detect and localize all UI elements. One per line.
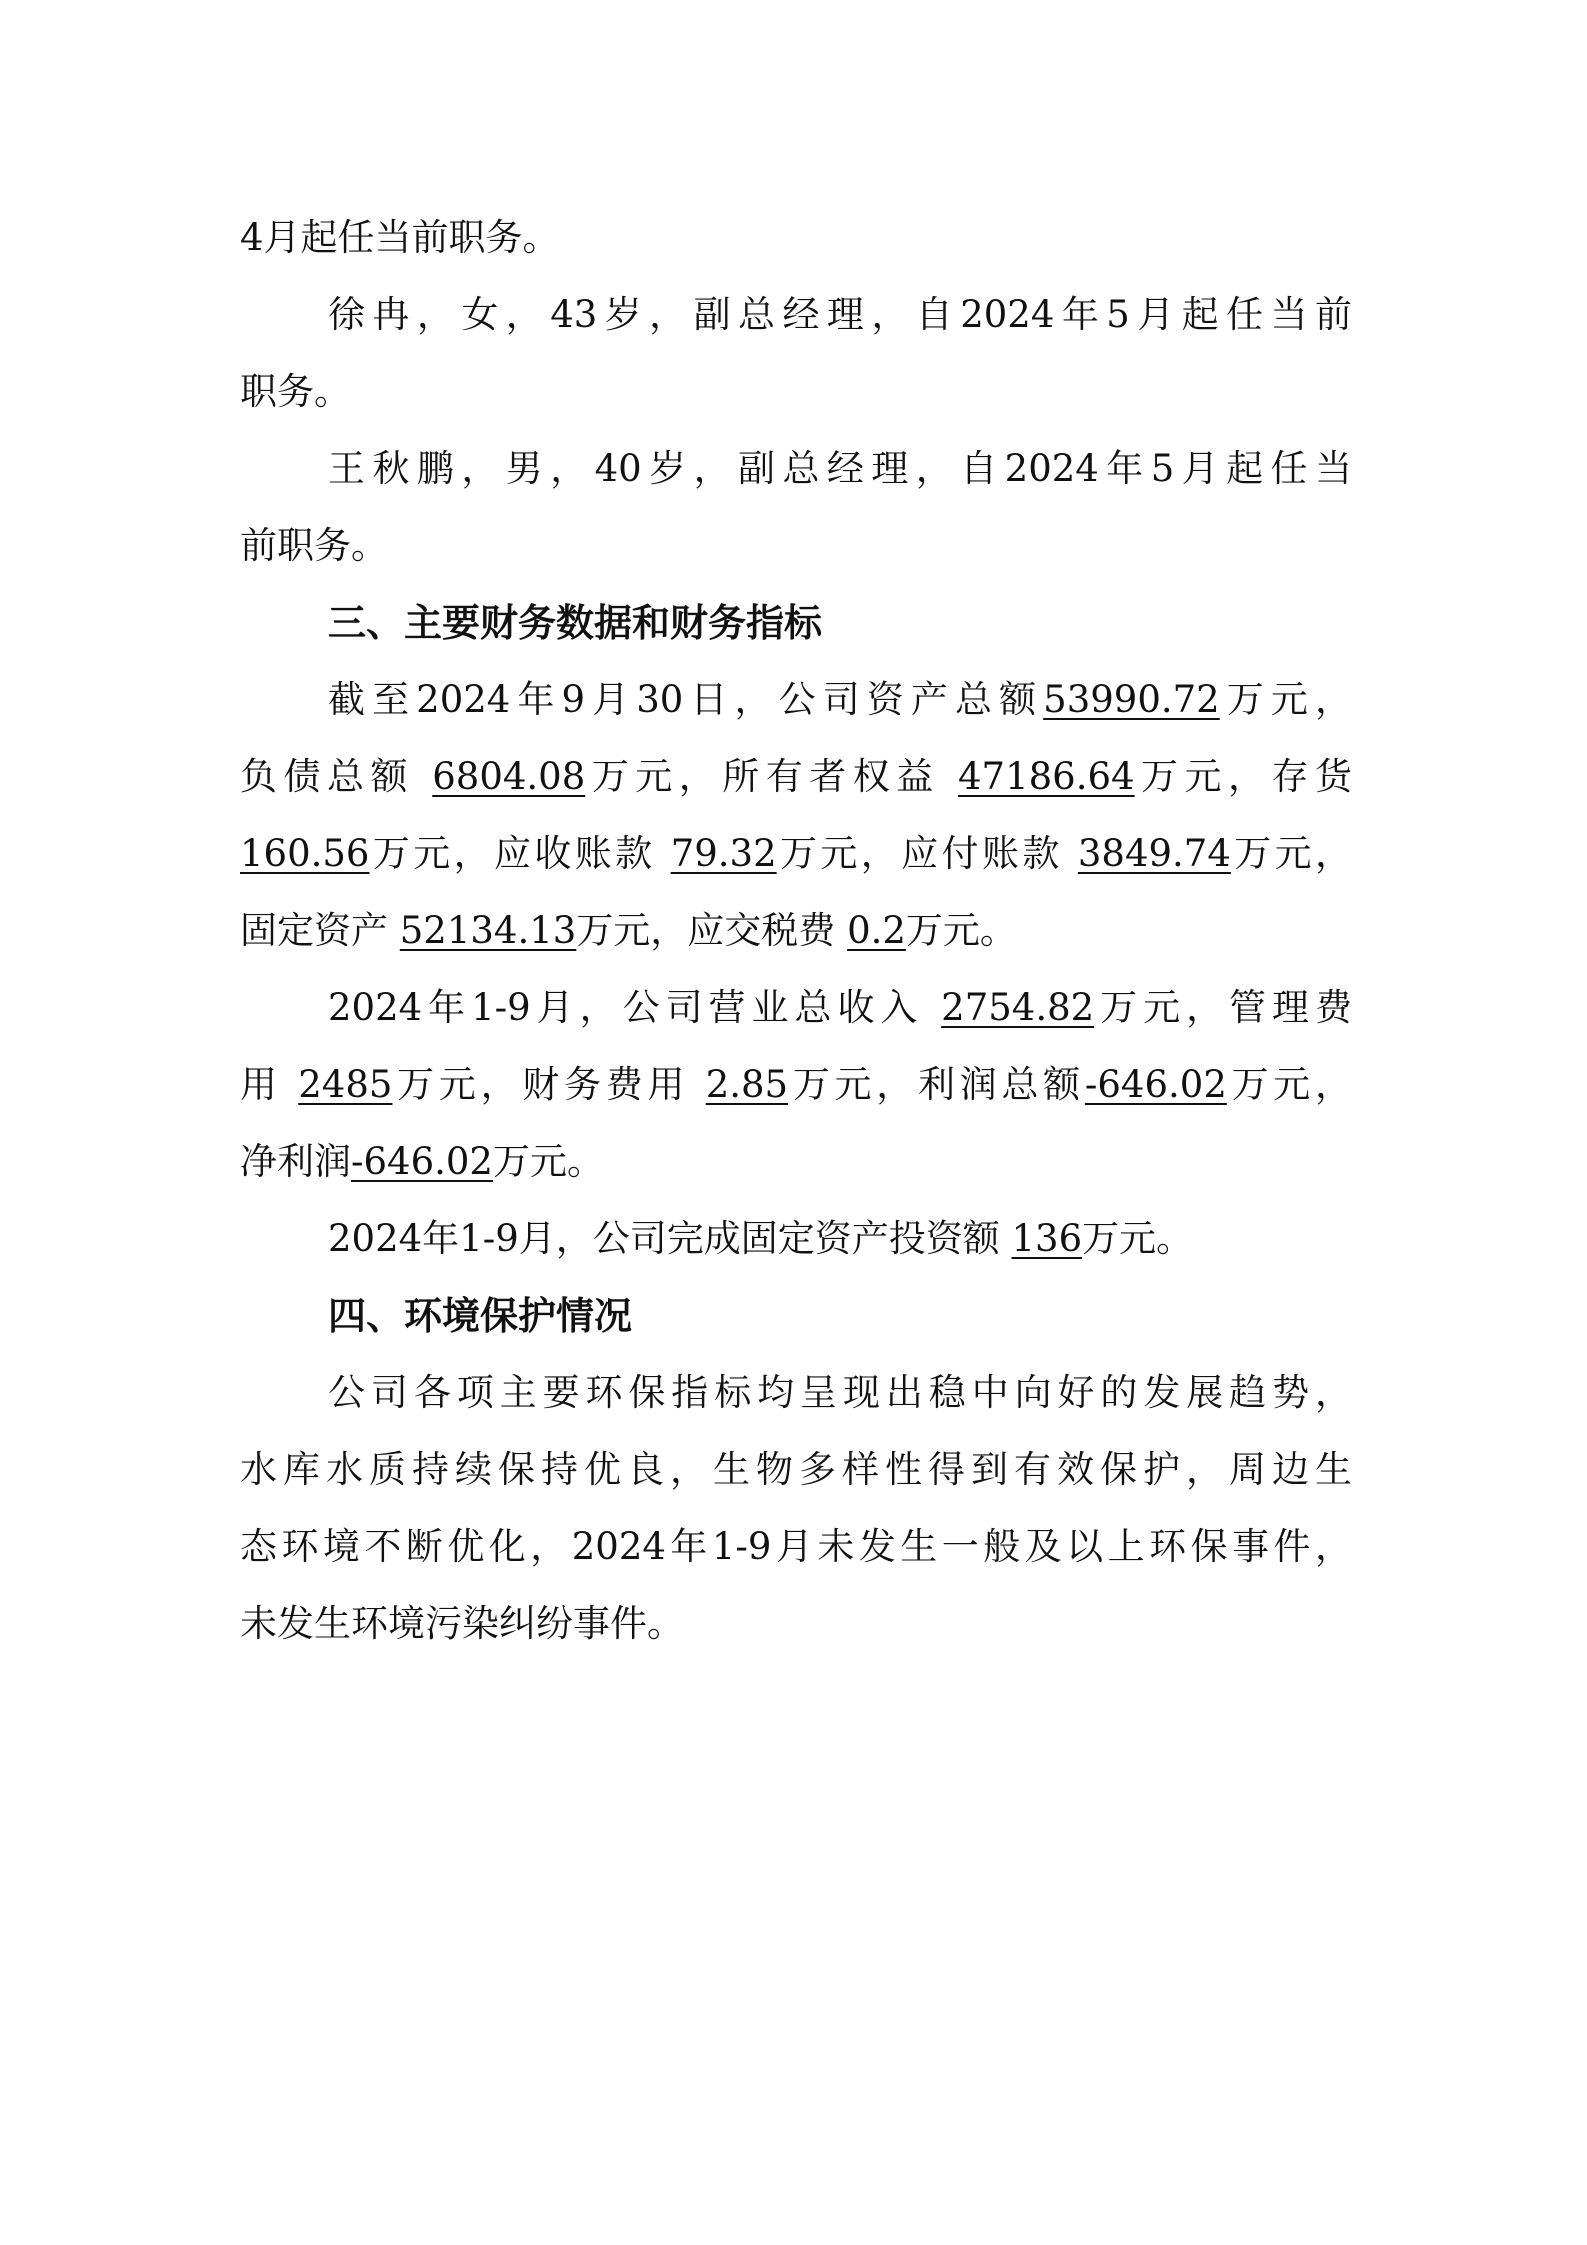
text: 负债总额 — [240, 755, 414, 798]
text: 万元， — [1220, 678, 1352, 721]
paragraph-line: 负债总额 6804.08万元，所有者权益 47186.64万元，存货 — [240, 747, 1352, 807]
text: 徐冉，女，43岁，副总经理，自2024年5月起任当前 — [328, 293, 1352, 336]
text: 万元，所有者权益 — [585, 755, 939, 798]
text: 2024年1-9月，公司完成固定资产投资额 — [328, 1217, 1000, 1260]
paragraph-line: 未发生环境污染纠纷事件。 — [240, 1594, 1352, 1654]
total-assets-value: 53990.72 — [1043, 678, 1220, 721]
total-revenue-value: 2754.82 — [941, 986, 1094, 1029]
paragraph-line: 态环境不断优化，2024年1-9月未发生一般及以上环保事件， — [240, 1517, 1352, 1577]
accounts-payable-value: 3849.74 — [1078, 832, 1231, 875]
text: 未发生环境污染纠纷事件。 — [240, 1602, 684, 1645]
owners-equity-value: 47186.64 — [958, 755, 1135, 798]
text: 截至2024年9月30日，公司资产总额 — [328, 678, 1043, 721]
text: 万元， — [1227, 1063, 1352, 1106]
text: 万元， — [1231, 832, 1352, 875]
text: 万元，利润总额 — [788, 1063, 1085, 1106]
text: 4月起任当前职务。 — [240, 216, 560, 259]
paragraph-line: 职务。 — [240, 362, 1352, 422]
total-liabilities-value: 6804.08 — [432, 755, 585, 798]
taxes-payable-value: 0.2 — [847, 909, 906, 952]
paragraph-line: 公司各项主要环保指标均呈现出稳中向好的发展趋势， — [328, 1363, 1352, 1423]
paragraph-line: 水库水质持续保持优良，生物多样性得到有效保护，周边生 — [240, 1440, 1352, 1500]
paragraph-line: 4月起任当前职务。 — [240, 208, 1352, 268]
paragraph-line: 截至2024年9月30日，公司资产总额53990.72万元， — [328, 670, 1352, 730]
paragraph-line: 净利润-646.02万元。 — [240, 1132, 1352, 1192]
text: 公司各项主要环保指标均呈现出稳中向好的发展趋势， — [328, 1371, 1352, 1414]
text: 万元，应交税费 — [576, 909, 835, 952]
inventory-value: 160.56 — [240, 832, 369, 875]
paragraph-line: 固定资产 52134.13万元，应交税费 0.2万元。 — [240, 901, 1352, 961]
paragraph-line: 王秋鹏，男，40岁，副总经理，自2024年5月起任当 — [328, 439, 1352, 499]
total-profit-value: -646.02 — [1085, 1063, 1227, 1106]
paragraph-line: 前职务。 — [240, 516, 1352, 576]
text: 职务。 — [240, 370, 351, 413]
text: 用 — [240, 1063, 282, 1106]
text: 万元，管理费 — [1094, 986, 1352, 1029]
text: 王秋鹏，男，40岁，副总经理，自2024年5月起任当 — [328, 447, 1352, 490]
section-heading: 三、主要财务数据和财务指标 — [328, 593, 822, 653]
fixed-assets-value: 52134.13 — [400, 909, 577, 952]
text: 万元，应收账款 — [369, 832, 655, 875]
text: 水库水质持续保持优良，生物多样性得到有效保护，周边生 — [240, 1448, 1352, 1491]
text: 净利润 — [240, 1140, 351, 1183]
text: 态环境不断优化，2024年1-9月未发生一般及以上环保事件， — [240, 1525, 1352, 1568]
text: 前职务。 — [240, 524, 388, 567]
fixed-asset-investment-value: 136 — [1012, 1217, 1083, 1260]
text: 万元，财务费用 — [392, 1063, 689, 1106]
paragraph-line: 2024年1-9月，公司营业总收入 2754.82万元，管理费 — [328, 978, 1352, 1038]
text: 万元。 — [1082, 1217, 1193, 1260]
finance-expense-value: 2.85 — [706, 1063, 788, 1106]
text: 万元，存货 — [1135, 755, 1352, 798]
section-heading: 四、环境保护情况 — [328, 1286, 632, 1346]
text: 万元。 — [906, 909, 1017, 952]
text: 万元，应付账款 — [777, 832, 1063, 875]
text: 固定资产 — [240, 909, 388, 952]
admin-expense-value: 2485 — [298, 1063, 392, 1106]
text: 万元。 — [493, 1140, 604, 1183]
net-profit-value: -646.02 — [351, 1140, 493, 1183]
document-page: 4月起任当前职务。 徐冉，女，43岁，副总经理，自2024年5月起任当前 职务。… — [0, 0, 1587, 2245]
paragraph-line: 160.56万元，应收账款 79.32万元，应付账款 3849.74万元， — [240, 824, 1352, 884]
paragraph-line: 徐冉，女，43岁，副总经理，自2024年5月起任当前 — [328, 285, 1352, 345]
text: 2024年1-9月，公司营业总收入 — [328, 986, 923, 1029]
paragraph-line: 2024年1-9月，公司完成固定资产投资额 136万元。 — [328, 1209, 1352, 1269]
accounts-receivable-value: 79.32 — [671, 832, 777, 875]
paragraph-line: 用 2485万元，财务费用 2.85万元，利润总额-646.02万元， — [240, 1055, 1352, 1115]
